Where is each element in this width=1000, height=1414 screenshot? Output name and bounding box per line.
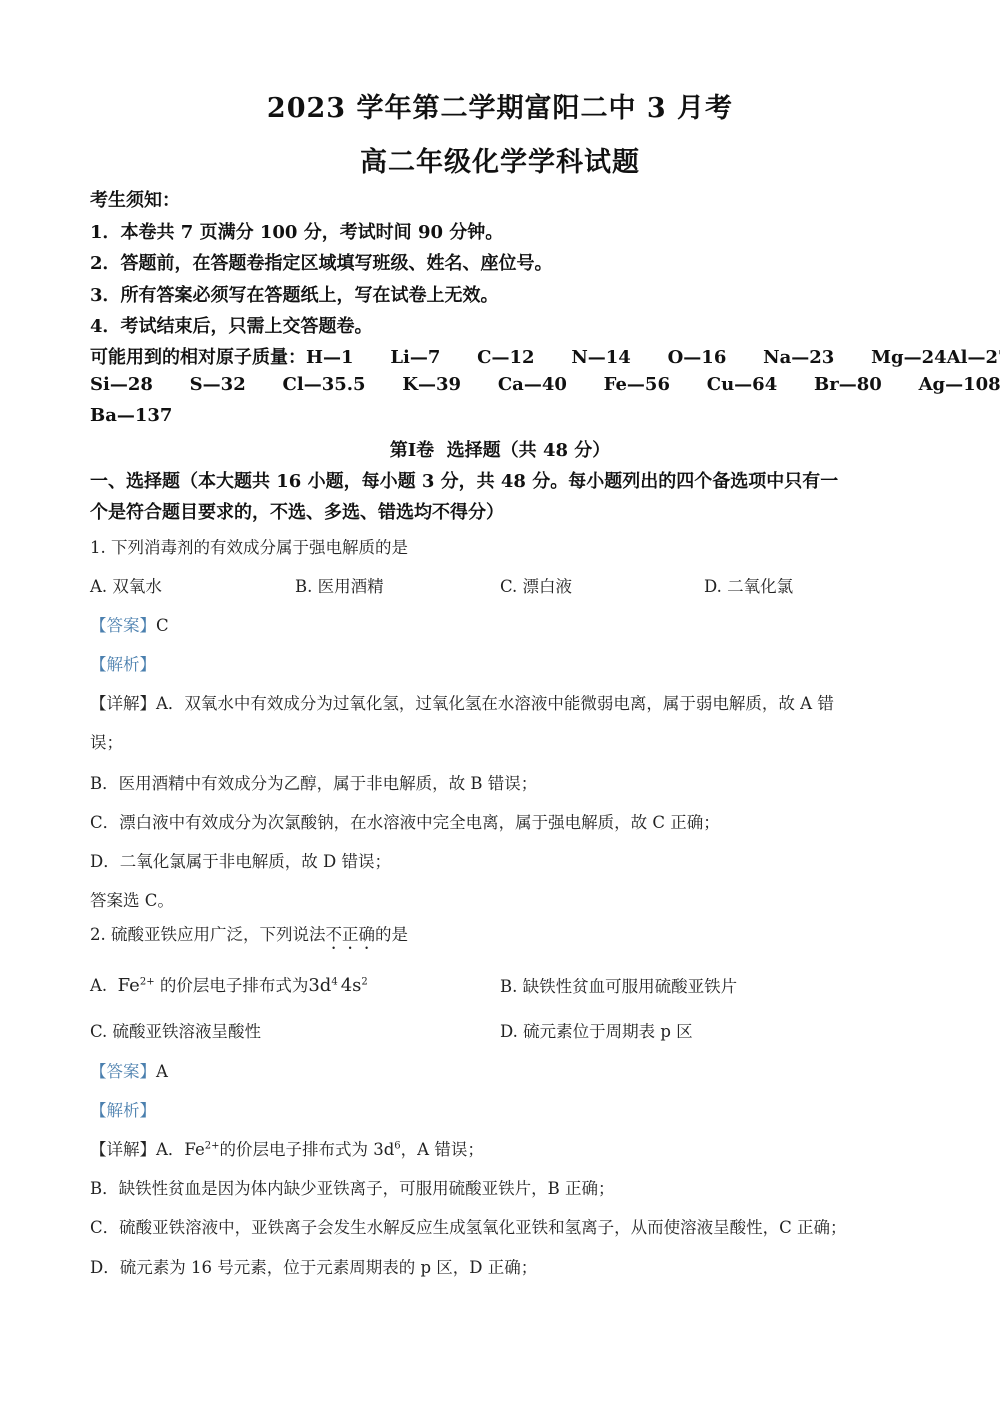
answer-value: C [156, 616, 169, 635]
atomic-mass-line-2: Si—28 S—32 Cl—35.5 K—39 Ca—40 Fe—56 Cu—6… [90, 374, 1000, 395]
atomic-mass-line-1: 可能用到的相对原子质量：H—1 Li—7 C—12 N—14 O—16 Na—2… [90, 343, 1000, 369]
question-2-option-a: A. Fe2+ 的价层电子排布式为3d44s2 [90, 972, 368, 996]
question-1-option-b: B. 医用酒精 [295, 573, 384, 597]
exam-title: 2023 学年第二学期富阳二中 3 月考 [0, 86, 1000, 125]
answer-label: 【答案】 [90, 1062, 156, 1081]
emphasized-text: 不正确 [326, 925, 376, 944]
answer-label: 【答案】 [90, 616, 156, 635]
question-2-answer: 【答案】A [90, 1058, 168, 1082]
question-1-option-c: C. 漂白液 [500, 573, 572, 597]
question-2-detail-3: C．硫酸亚铁溶液中，亚铁离子会发生水解反应生成氢氧化亚铁和氢离子，从而使溶液呈酸… [90, 1214, 847, 1238]
detail-label: 【详解】 [90, 1140, 156, 1159]
detail-label: 【详解】 [90, 694, 156, 713]
question-1-detail-2: 误； [90, 729, 123, 753]
question-2-option-c: C. 硫酸亚铁溶液呈酸性 [90, 1018, 261, 1042]
question-2-option-b: B. 缺铁性贫血可服用硫酸亚铁片 [500, 973, 737, 997]
answer-value: A [156, 1062, 168, 1081]
question-2-stem: 2. 硫酸亚铁应用广泛，下列说法不正确的是 [90, 921, 408, 953]
notice-heading: 考生须知： [90, 186, 180, 212]
question-1-detail-4: C．漂白液中有效成分为次氯酸钠，在水溶液中完全电离，属于强电解质，故 C 正确； [90, 809, 720, 833]
question-1-detail-1: 【详解】A．双氧水中有效成分为过氧化氢，过氧化氢在水溶液中能微弱电离，属于弱电解… [90, 690, 834, 714]
question-2-detail-2: B．缺铁性贫血是因为体内缺少亚铁离子，可服用硫酸亚铁片，B 正确； [90, 1175, 615, 1199]
section-title: 第Ⅰ卷 选择题（共 48 分） [0, 436, 1000, 462]
notice-item-1: 1．本卷共 7 页满分 100 分，考试时间 90 分钟。 [90, 218, 503, 244]
question-2-option-d: D. 硫元素位于周期表 p 区 [500, 1018, 693, 1042]
question-2-detail-1: 【详解】A．Fe2+的价层电子排布式为 3d6，A 错误； [90, 1136, 484, 1160]
atomic-mass-line-3: Ba—137 [90, 405, 172, 426]
question-1-answer: 【答案】C [90, 612, 169, 636]
question-2-detail-4: D．硫元素为 16 号元素，位于元素周期表的 p 区，D 正确； [90, 1254, 537, 1278]
question-1-option-d: D. 二氧化氯 [704, 573, 793, 597]
question-1-option-a: A. 双氧水 [90, 573, 162, 597]
notice-item-4: 4．考试结束后，只需上交答题卷。 [90, 312, 373, 338]
section-instruction-1: 一、选择题（本大题共 16 小题，每小题 3 分，共 48 分。每小题列出的四个… [90, 467, 838, 493]
question-1-conclusion: 答案选 C。 [90, 887, 174, 911]
notice-item-3: 3．所有答案必须写在答题纸上，写在试卷上无效。 [90, 281, 499, 307]
question-2-analysis-label: 【解析】 [90, 1097, 156, 1121]
exam-subtitle: 高二年级化学学科试题 [0, 140, 1000, 179]
question-1-detail-5: D．二氧化氯属于非电解质，故 D 错误； [90, 848, 391, 872]
question-1-analysis-label: 【解析】 [90, 651, 156, 675]
notice-item-2: 2．答题前，在答题卷指定区域填写班级、姓名、座位号。 [90, 249, 553, 275]
question-1-stem: 1. 下列消毒剂的有效成分属于强电解质的是 [90, 534, 408, 558]
section-instruction-2: 个是符合题目要求的，不选、多选、错选均不得分） [90, 498, 504, 524]
question-1-detail-3: B．医用酒精中有效成分为乙醇，属于非电解质，故 B 错误； [90, 770, 537, 794]
